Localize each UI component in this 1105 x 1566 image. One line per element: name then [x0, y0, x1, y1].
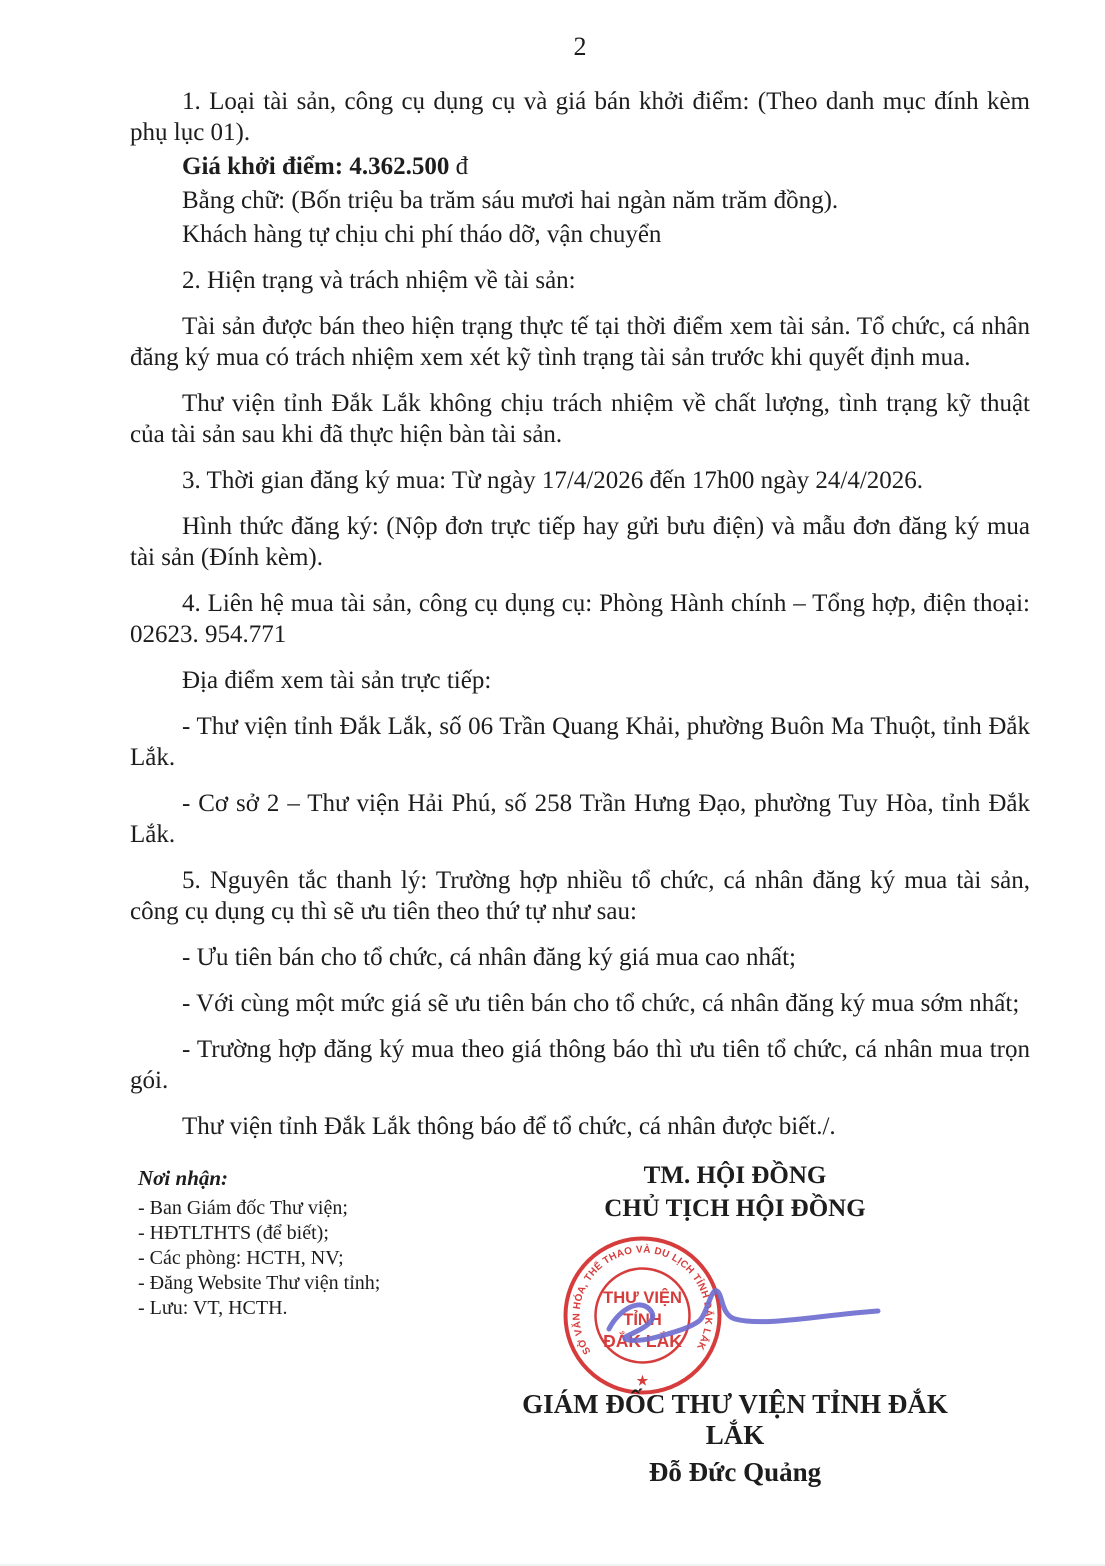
para-no-liability: Thư viện tỉnh Đắk Lắk không chịu trách n… — [130, 388, 1030, 450]
stamp-star: ★ — [637, 1373, 649, 1388]
signature-block: TM. HỘI ĐỒNG CHỦ TỊCH HỘI ĐỒNG SỞ VĂN HÓ… — [500, 1162, 970, 1488]
document-footer: Nơi nhận: - Ban Giám đốc Thư viện; - HĐT… — [130, 1162, 1030, 1488]
recipient-item: - Lưu: VT, HCTH. — [138, 1296, 500, 1321]
document-body: 1. Loại tài sản, công cụ dụng cụ và giá … — [130, 86, 1030, 1142]
para-section-3-registration-time: 3. Thời gian đăng ký mua: Từ ngày 17/4/2… — [130, 465, 1030, 496]
para-location-1: - Thư viện tỉnh Đắk Lắk, số 06 Trần Quan… — [130, 711, 1030, 773]
para-price-in-words: Bằng chữ: (Bốn triệu ba trăm sáu mươi ha… — [130, 185, 1030, 216]
director-name: Đỗ Đức Quảng — [500, 1457, 970, 1488]
para-viewing-location-heading: Địa điểm xem tài sản trực tiếp: — [130, 665, 1030, 696]
para-section-2: 2. Hiện trạng và trách nhiệm về tài sản: — [130, 265, 1030, 296]
para-section-5-principles: 5. Nguyên tắc thanh lý: Trường hợp nhiều… — [130, 865, 1030, 927]
recipients-label: Nơi nhận: — [138, 1166, 500, 1191]
para-as-is-condition: Tài sản được bán theo hiện trạng thực tế… — [130, 311, 1030, 373]
para-priority-bulk: - Trường hợp đăng ký mua theo giá thông … — [130, 1034, 1030, 1096]
chairman-line: CHỦ TỊCH HỘI ĐỒNG — [500, 1195, 970, 1223]
page-number: 2 — [130, 32, 1030, 62]
para-customer-cost: Khách hàng tự chịu chi phí tháo dỡ, vận … — [130, 219, 1030, 250]
para-registration-method: Hình thức đăng ký: (Nộp đơn trực tiếp ha… — [130, 511, 1030, 573]
para-starting-price: Giá khởi điểm: 4.362.500 đ — [130, 151, 1030, 182]
para-asset-type: 1. Loại tài sản, công cụ dụng cụ và giá … — [130, 86, 1030, 148]
para-location-2: - Cơ sở 2 – Thư viện Hải Phú, số 258 Trầ… — [130, 788, 1030, 850]
para-priority-highest-price: - Ưu tiên bán cho tổ chức, cá nhân đăng … — [130, 942, 1030, 973]
director-title: GIÁM ĐỐC THƯ VIỆN TỈNH ĐẮK LẮK — [500, 1389, 970, 1451]
starting-price-currency: đ — [456, 153, 469, 180]
para-section-4-contact: 4. Liên hệ mua tài sản, công cụ dụng cụ:… — [130, 588, 1030, 650]
para-priority-earliest: - Với cùng một mức giá sẽ ưu tiên bán ch… — [130, 988, 1030, 1019]
recipient-item: - HĐTLTHTS (để biết); — [138, 1221, 500, 1246]
recipient-item: - Đăng Website Thư viện tỉnh; — [138, 1271, 500, 1296]
para-closing-notice: Thư viện tỉnh Đắk Lắk thông báo để tổ ch… — [130, 1111, 1030, 1142]
recipient-item: - Ban Giám đốc Thư viện; — [138, 1196, 500, 1221]
authority-line: TM. HỘI ĐỒNG — [500, 1162, 970, 1190]
recipient-item: - Các phòng: HCTH, NV; — [138, 1246, 500, 1271]
starting-price-label: Giá khởi điểm: 4.362.500 — [182, 153, 449, 180]
document-page: 2 1. Loại tài sản, công cụ dụng cụ và gi… — [0, 0, 1105, 1566]
stamp-area: SỞ VĂN HÓA, THỂ THAO VÀ DU LỊCH TỈNH ĐẮK… — [500, 1229, 970, 1381]
recipients-block: Nơi nhận: - Ban Giám đốc Thư viện; - HĐT… — [130, 1162, 500, 1321]
signature-ink-icon — [595, 1271, 890, 1361]
